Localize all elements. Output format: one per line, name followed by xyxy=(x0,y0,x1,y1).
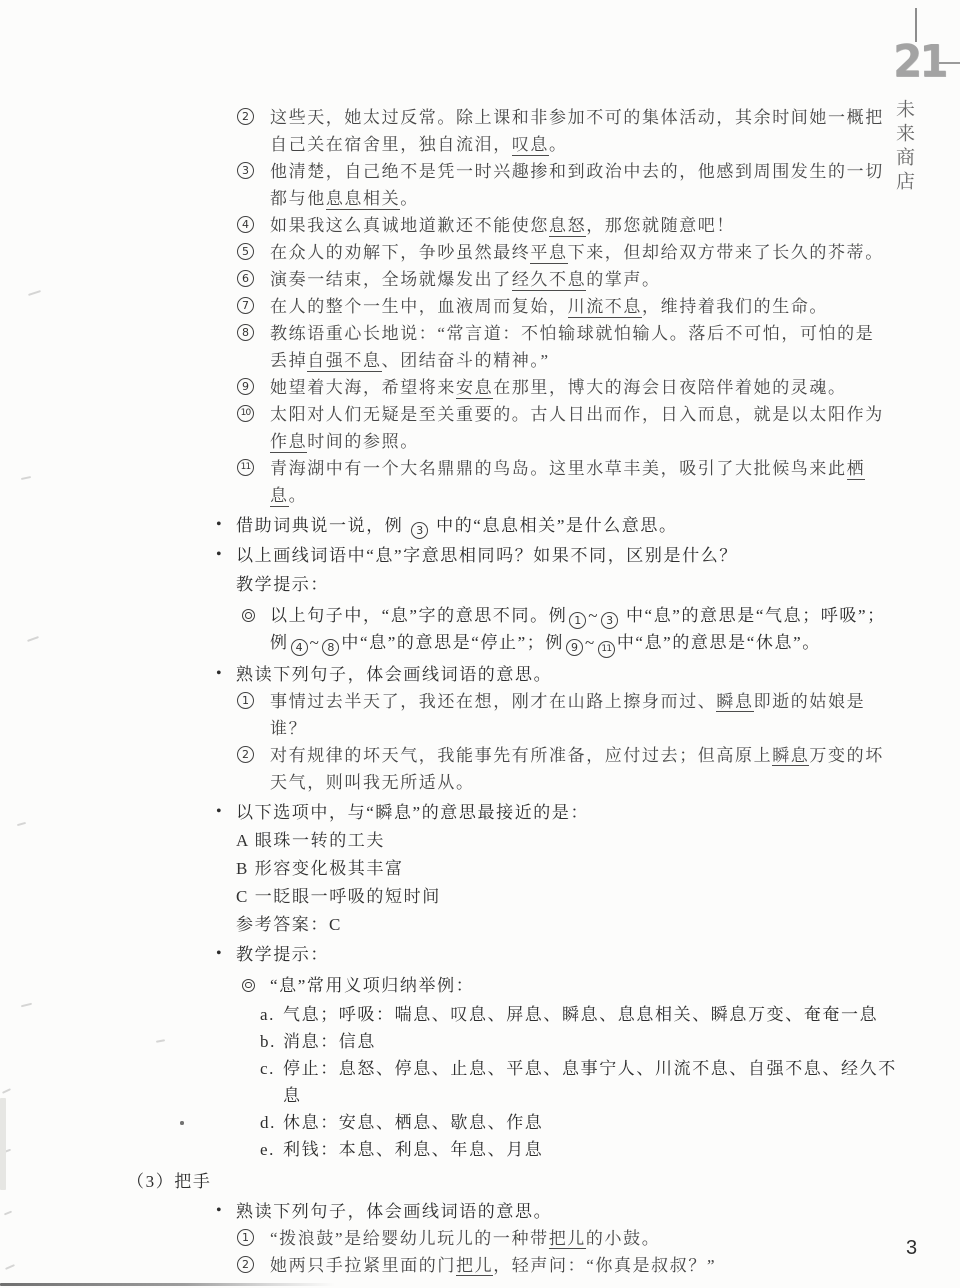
circled-number: 8 xyxy=(237,324,254,341)
double-circle-icon xyxy=(242,609,255,622)
text-line: 她两只手拉紧里面的门把儿，轻声问：“你真是叔叔？” xyxy=(270,1256,716,1277)
text-line: 她望着大海，希望将来安息在那里，博大的海会日夜陪伴着她的灵魂。 xyxy=(270,378,847,399)
scan-artifact xyxy=(0,1098,6,1190)
definition-item: b.消息：信息 xyxy=(0,1028,960,1055)
example-item: 2这些天，她太过反常。除上课和非参加不可的集体活动，其余时间她一概把自己关在宿舍… xyxy=(0,104,960,158)
text-line: 这些天，她太过反常。除上课和非参加不可的集体活动，其余时间她一概把自己关在宿舍里… xyxy=(270,108,884,156)
text-line: C 一眨眼一呼吸的短时间 xyxy=(236,887,441,906)
bullet-icon: • xyxy=(216,541,223,568)
circled-number: 4 xyxy=(237,216,254,233)
text-line: “拨浪鼓”是给婴幼儿玩儿的一种带把儿的小鼓。 xyxy=(270,1229,660,1250)
underlined-term: 把儿 xyxy=(549,1229,586,1250)
item-letter: d. xyxy=(260,1109,276,1136)
example-item: 6演奏一结束，全场就爆发出了经久不息的掌声。 xyxy=(0,266,960,293)
underlined-term: 平息 xyxy=(530,243,567,264)
option-item: C 一眨眼一呼吸的短时间 xyxy=(0,883,960,910)
definition-item: e.利钱：本息、利息、年息、月息 xyxy=(0,1136,960,1163)
circled-number: 1 xyxy=(237,692,254,709)
text-line: 以上句子中，“息”字的意思不同。例1~3 中“息”的意思是“气息；呼吸”；例4~… xyxy=(270,606,886,652)
bullet-icon: • xyxy=(216,798,223,825)
text-line: 教学提示： xyxy=(236,945,329,964)
example-item: 2对有规律的坏天气，我能事先有所准备，应付过去；但高原上瞬息万变的坏天气，则叫我… xyxy=(0,742,960,796)
option-item: 参考答案：C xyxy=(0,911,960,938)
text-line: 青海湖中有一个大名鼎鼎的鸟岛。这里水草丰美，吸引了大批候鸟来此栖息。 xyxy=(270,459,865,507)
item-letter: b. xyxy=(260,1028,276,1055)
bullet-item: •熟读下列句子，体会画线词语的意思。 xyxy=(0,1198,960,1225)
text-line: 休息：安息、栖息、歇息、作息 xyxy=(283,1113,543,1132)
circled-number: 2 xyxy=(237,108,254,125)
text-line: 他清楚，自己绝不是凭一时兴趣掺和到政治中去的，他感到周围发生的一切都与他息息相关… xyxy=(270,162,884,210)
circled-number: 7 xyxy=(237,297,254,314)
underlined-term: 把儿 xyxy=(456,1256,493,1277)
circled-number: 6 xyxy=(237,270,254,287)
bullet-item: •以下选项中，与“瞬息”的意思最接近的是： xyxy=(0,799,960,826)
bullet-icon: • xyxy=(216,940,223,967)
example-item: 3他清楚，自己绝不是凭一时兴趣掺和到政治中去的，他感到周围发生的一切都与他息息相… xyxy=(0,158,960,212)
text-line: 在众人的劝解下，争吵虽然最终平息下来，但却给双方带来了长久的芥蒂。 xyxy=(270,243,884,264)
teaching-hint: “息”常用义项归纳举例： xyxy=(0,972,960,999)
circled-number: 1 xyxy=(237,1229,254,1246)
underlined-term: 自强不息 xyxy=(307,351,381,372)
example-item: 5在众人的劝解下，争吵虽然最终平息下来，但却给双方带来了长久的芥蒂。 xyxy=(0,239,960,266)
circled-number: 2 xyxy=(237,746,254,763)
option-item: B 形容变化极其丰富 xyxy=(0,855,960,882)
bullet-icon: • xyxy=(216,1197,223,1224)
circled-number: 3 xyxy=(237,162,254,179)
scanned-textbook-page: 21 未来商店 2这些天，她太过反常。除上课和非参加不可的集体活动，其余时间她一… xyxy=(0,0,960,1288)
text-line: 太阳对人们无疑是至关重要的。古人日出而作，日入而息，就是以太阳作为作息时间的参照… xyxy=(270,405,884,453)
text-line: 事情过去半天了，我还在想，刚才在山路上擦身而过、瞬息即逝的姑娘是谁？ xyxy=(270,692,865,738)
bullet-item: •熟读下列句子，体会画线词语的意思。 xyxy=(0,661,960,688)
underlined-term: 叹息 xyxy=(512,135,549,156)
definition-item: d.休息：安息、栖息、歇息、作息 xyxy=(0,1109,960,1136)
text-line: 如果我这么真诚地道歉还不能使您息怒，那您就随意吧！ xyxy=(270,216,735,237)
underlined-term: 经久不息 xyxy=(512,270,586,291)
underlined-term: 息息相关 xyxy=(326,189,400,210)
text-line: 消息：信息 xyxy=(283,1032,376,1051)
underlined-term: 瞬息 xyxy=(772,746,809,767)
example-item: 7在人的整个一生中，血液周而复始，川流不息，维持着我们的生命。 xyxy=(0,293,960,320)
underlined-term: 息怒 xyxy=(549,216,586,237)
note-line: 教学提示： xyxy=(0,571,960,598)
bullet-item: •借助词典说一说，例 3 中的“息息相关”是什么意思。 xyxy=(0,512,960,539)
example-item: 11青海湖中有一个大名鼎鼎的鸟岛。这里水草丰美，吸引了大批候鸟来此栖息。 xyxy=(0,455,960,509)
circled-number: 1 xyxy=(569,612,586,629)
text-line: 参考答案：C xyxy=(236,915,342,934)
text-line: 停止：息怒、停息、止息、平息、息事宁人、川流不息、自强不息、经久不息 xyxy=(283,1059,897,1105)
text-line: 演奏一结束，全场就爆发出了经久不息的掌声。 xyxy=(270,270,661,291)
text-line: 利钱：本息、利息、年息、月息 xyxy=(283,1140,543,1159)
text-line: 教练语重心长地说：“常言道：不怕输球就怕输人。落后不可怕，可怕的是丢掉自强不息、… xyxy=(270,324,874,372)
circled-number: 10 xyxy=(237,405,254,422)
chapter-number-dash xyxy=(939,62,960,64)
example-item: 1事情过去半天了，我还在想，刚才在山路上擦身而过、瞬息即逝的姑娘是谁？ xyxy=(0,688,960,742)
example-item: 9她望着大海，希望将来安息在那里，博大的海会日夜陪伴着她的灵魂。 xyxy=(0,374,960,401)
item-letter: a. xyxy=(260,1001,275,1028)
page-number: 3 xyxy=(906,1237,917,1260)
text-line: 熟读下列句子，体会画线词语的意思。 xyxy=(236,665,552,684)
example-item: 10太阳对人们无疑是至关重要的。古人日出而作，日入而息，就是以太阳作为作息时间的… xyxy=(0,401,960,455)
section-heading: （3）把手 xyxy=(0,1168,960,1195)
scan-artifact xyxy=(0,1283,335,1286)
text-line: 气息；呼吸：喘息、叹息、屏息、瞬息、息息相关、瞬息万变、奄奄一息 xyxy=(283,1005,878,1024)
circled-number: 11 xyxy=(237,459,254,476)
definition-item: c.停止：息怒、停息、止息、平息、息事宁人、川流不息、自强不息、经久不息 xyxy=(0,1055,960,1109)
text-line: A 眼珠一转的工夫 xyxy=(236,831,385,850)
text-line: 在人的整个一生中，血液周而复始，川流不息，维持着我们的生命。 xyxy=(270,297,828,318)
example-item: 8教练语重心长地说：“常言道：不怕输球就怕输人。落后不可怕，可怕的是丢掉自强不息… xyxy=(0,320,960,374)
circled-number: 3 xyxy=(411,522,428,539)
text-line: 以上画线词语中“息”字意思相同吗？如果不同，区别是什么？ xyxy=(236,546,738,565)
bullet-item: •教学提示： xyxy=(0,941,960,968)
example-item: 2她两只手拉紧里面的门把儿，轻声问：“你真是叔叔？” xyxy=(0,1252,960,1279)
example-item: 4如果我这么真诚地道歉还不能使您息怒，那您就随意吧！ xyxy=(0,212,960,239)
text-line: 教学提示： xyxy=(236,575,329,594)
chapter-number: 21 xyxy=(893,39,943,85)
circled-number: 11 xyxy=(598,641,615,658)
page-content: 2这些天，她太过反常。除上课和非参加不可的集体活动，其余时间她一概把自己关在宿舍… xyxy=(0,104,960,1279)
scan-artifact xyxy=(180,1121,184,1125)
double-circle-icon xyxy=(242,979,255,992)
underlined-term: 瞬息 xyxy=(716,692,753,713)
text-line: 熟读下列句子，体会画线词语的意思。 xyxy=(236,1202,552,1221)
teaching-hint: 以上句子中，“息”字的意思不同。例1~3 中“息”的意思是“气息；呼吸”；例4~… xyxy=(0,602,960,658)
option-item: A 眼珠一转的工夫 xyxy=(0,827,960,854)
circled-number: 8 xyxy=(322,639,339,656)
circled-number: 5 xyxy=(237,243,254,260)
circled-number: 3 xyxy=(601,612,618,629)
text-line: B 形容变化极其丰富 xyxy=(236,859,404,878)
bullet-icon: • xyxy=(216,660,223,687)
text-line: （3）把手 xyxy=(127,1172,212,1191)
circled-number: 9 xyxy=(237,378,254,395)
text-line: 借助词典说一说，例 3 中的“息息相关”是什么意思。 xyxy=(236,516,678,535)
circled-number: 4 xyxy=(291,639,308,656)
underlined-term: 安息 xyxy=(456,378,493,399)
item-letter: c. xyxy=(260,1055,275,1082)
text-line: 以下选项中，与“瞬息”的意思最接近的是： xyxy=(236,803,589,822)
bullet-icon: • xyxy=(216,511,223,538)
item-letter: e. xyxy=(260,1136,275,1163)
definition-item: a.气息；呼吸：喘息、叹息、屏息、瞬息、息息相关、瞬息万变、奄奄一息 xyxy=(0,1001,960,1028)
text-line: 对有规律的坏天气，我能事先有所准备，应付过去；但高原上瞬息万变的坏天气，则叫我无… xyxy=(270,746,884,792)
circled-number: 2 xyxy=(237,1256,254,1273)
text-line: “息”常用义项归纳举例： xyxy=(270,976,474,995)
circled-number: 9 xyxy=(566,639,583,656)
underlined-term: 作息 xyxy=(270,432,307,453)
bullet-item: •以上画线词语中“息”字意思相同吗？如果不同，区别是什么？ xyxy=(0,542,960,569)
example-item: 1“拨浪鼓”是给婴幼儿玩儿的一种带把儿的小鼓。 xyxy=(0,1225,960,1252)
underlined-term: 川流不息 xyxy=(568,297,642,318)
